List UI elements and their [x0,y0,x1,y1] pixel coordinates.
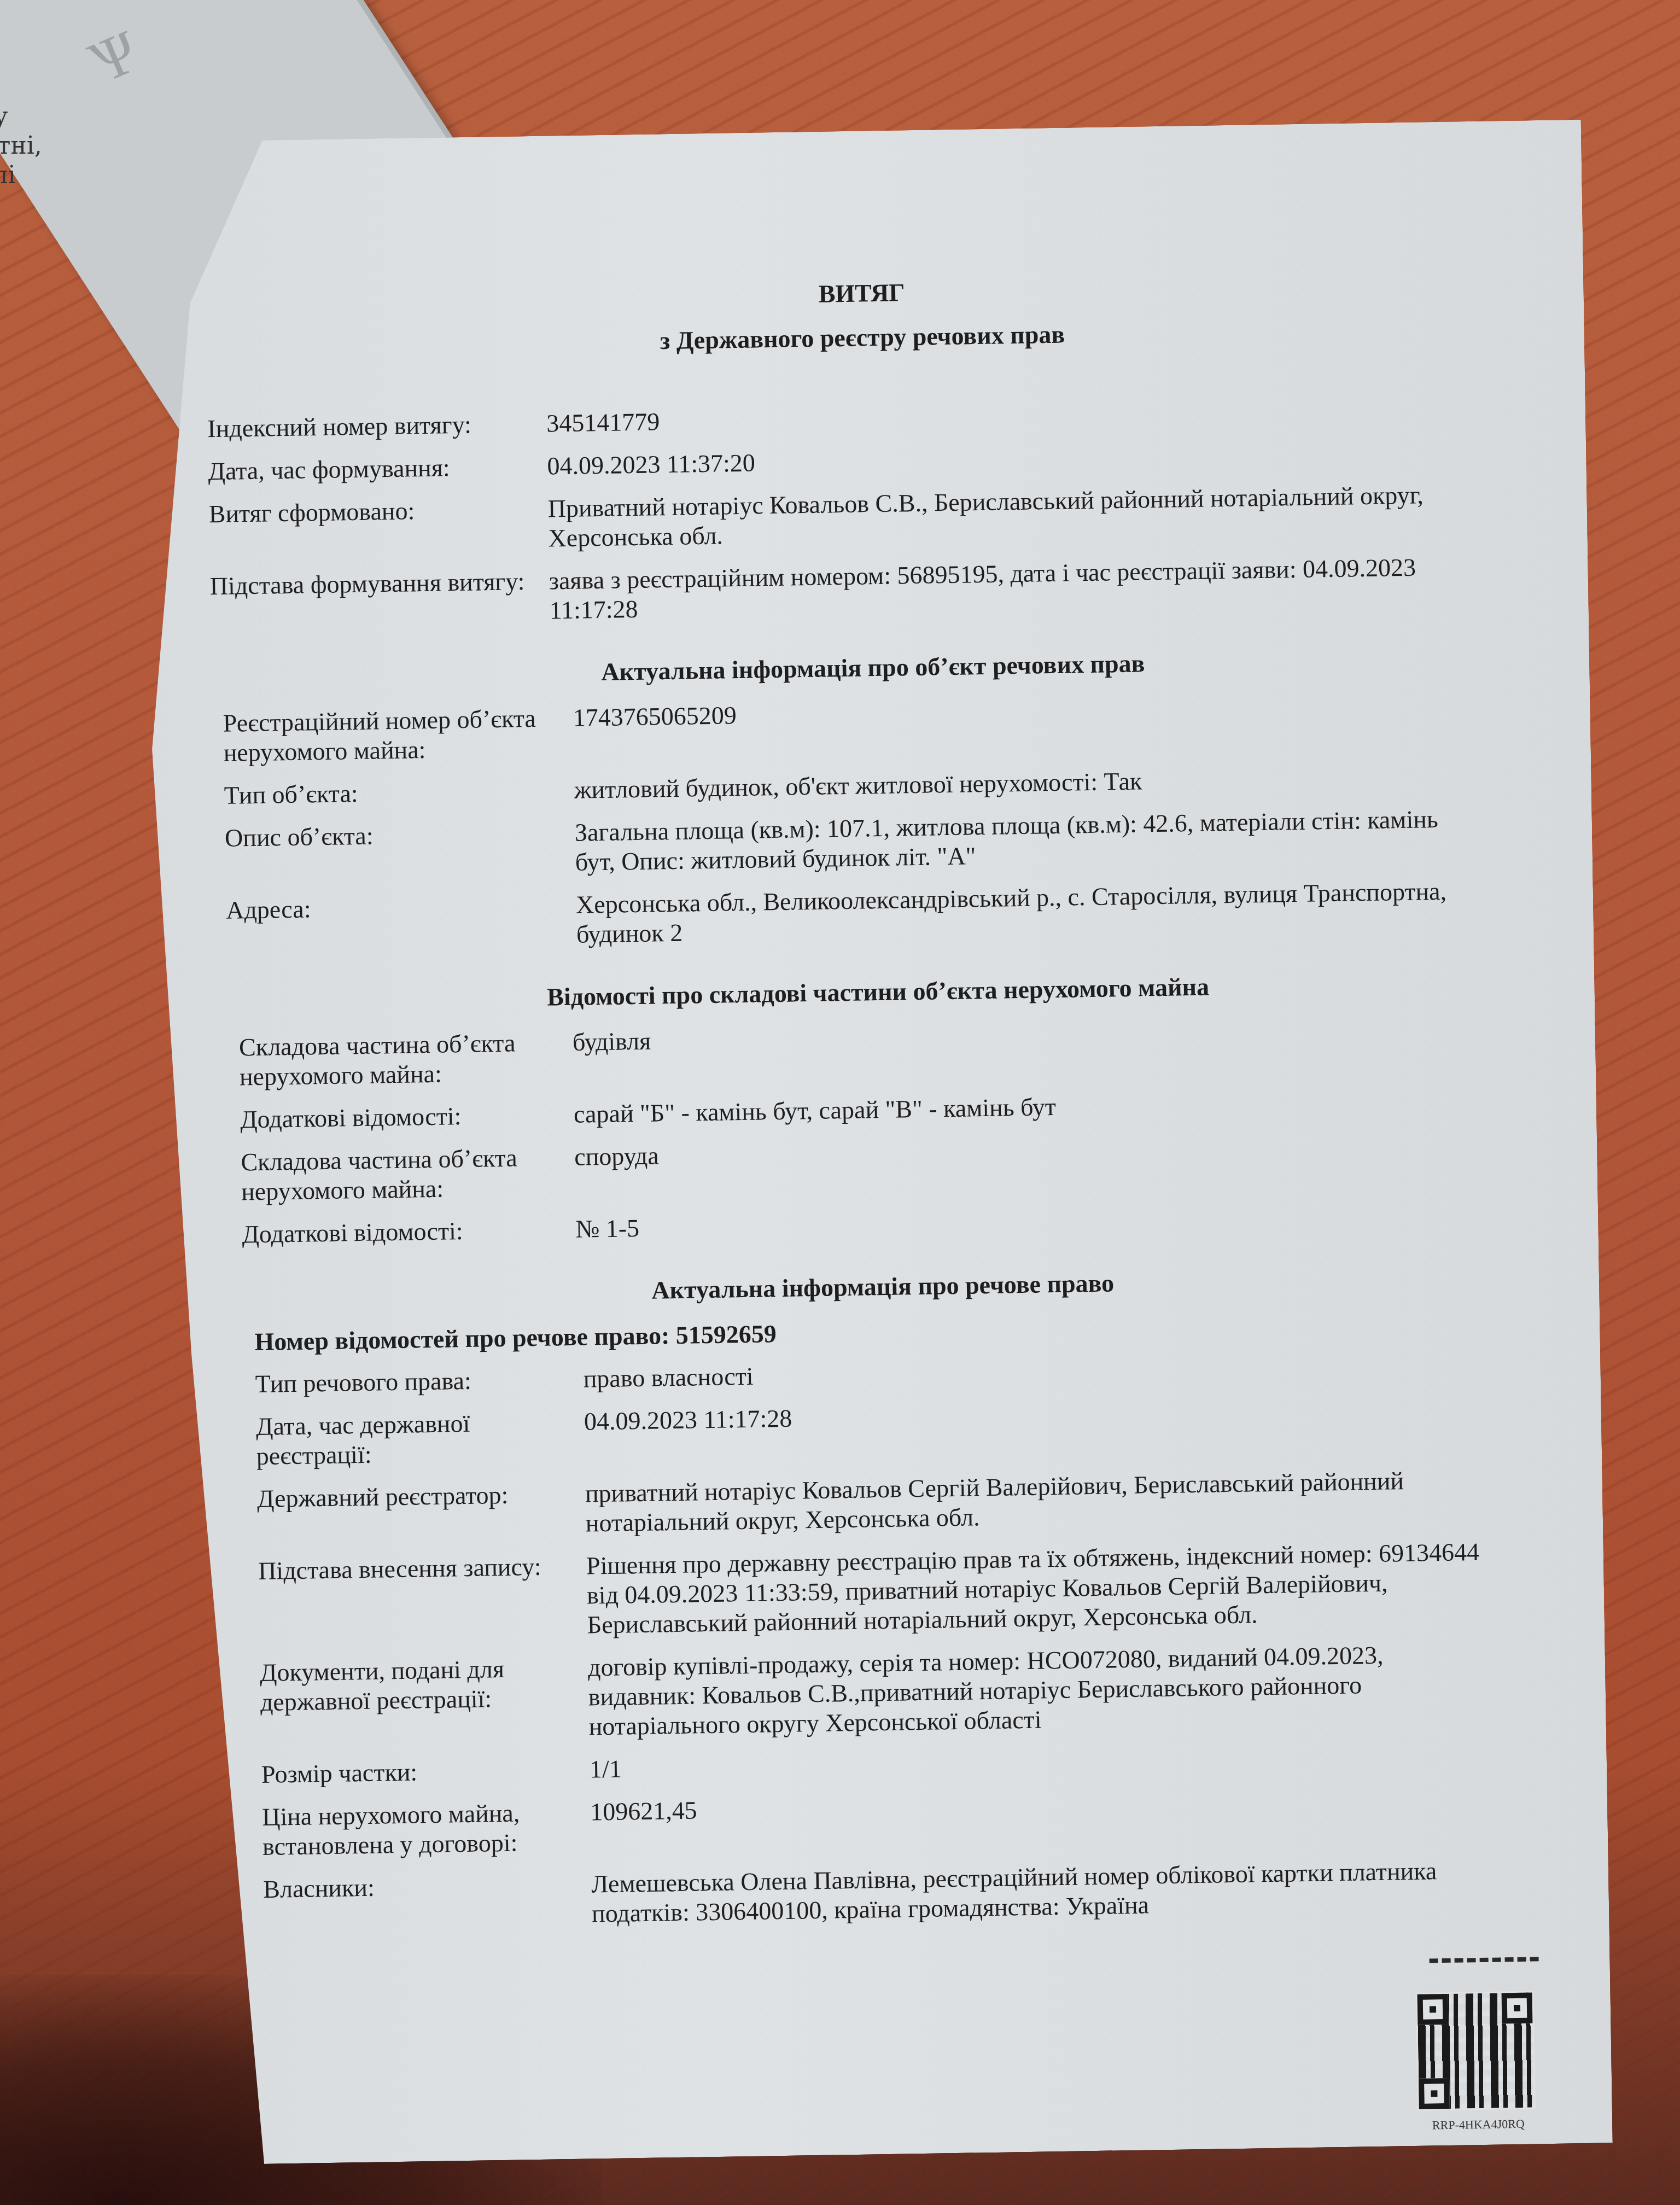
qr-finder-pattern [1417,1994,1449,2025]
field-value: договір купівлі-продажу, серія та номер:… [588,1639,1486,1742]
field-row: Підстава внесення запису: Рішення про де… [258,1537,1484,1645]
field-label: Адреса: [226,890,577,955]
field-row: Додаткові відомості: № 1-5 [242,1200,1478,1249]
background-text-line: ідсутні, [0,131,45,161]
object-section-fields: Реєстраційний номер об’єкта нерухомого м… [223,689,1473,955]
qr-code-icon [1416,1991,1536,2110]
signature-line [1430,1957,1539,1963]
field-label: Реєстраційний номер об’єкта нерухомого м… [223,703,574,768]
field-label: Складова частина об’єкта нерухомого майн… [239,1028,574,1092]
background-text-line: ий [0,190,45,220]
registry-extract-paper: ВИТЯГ з Державного реєстру речових прав … [83,120,1613,2167]
field-row: Власники: Лемешевська Олена Павлівна, ре… [263,1856,1489,1934]
field-label: Індексний номер витягу: [207,409,547,444]
qr-finder-pattern [1502,1993,1533,2024]
field-row: Додаткові відомості: сарай "Б" - камінь … [240,1086,1477,1134]
field-value: 1743765065209 [573,689,1470,762]
parts-section-fields: Складова частина об’єкта нерухомого майн… [239,1013,1478,1249]
object-section-heading: Актуальна інформація про об’єкт речових … [277,644,1469,691]
field-value: 345141779 [546,394,1466,438]
field-row: Дата, час формування: 04.09.2023 11:37:2… [208,437,1466,486]
background-text-line: числі [0,161,45,190]
document-title: ВИТЯГ [260,269,1463,317]
field-label: Документи, подані для державної реєстрац… [260,1653,589,1747]
field-value: 04.09.2023 11:17:28 [584,1393,1481,1466]
trident-emblem-icon: Ѱ [80,16,148,98]
header-fields: Індексний номер витягу: 345141779 Дата, … [207,394,1468,631]
field-label: Підстава внесення запису: [258,1551,587,1645]
field-value: заява з реєстраційним номером: 56895195,… [549,552,1468,625]
field-value: приватний нотаріус Ковальов Сергій Валер… [585,1465,1483,1538]
field-row: Тип речового права: право власності [255,1350,1480,1399]
parts-section-heading: Відомості про складові частини об’єкта н… [282,968,1474,1016]
document-subtitle: з Державного реєстру речових прав [261,313,1465,361]
field-value: споруда [574,1128,1477,1201]
field-row: Опис об’єкта: Загальна площа (кв.м): 107… [225,804,1472,883]
field-label: Власники: [263,1870,592,1934]
field-row: Складова частина об’єкта нерухомого майн… [239,1013,1475,1092]
field-value: 04.09.2023 11:37:20 [547,437,1466,481]
field-value: право власності [583,1350,1480,1394]
field-label: Витяг сформовано: [208,494,549,558]
right-section-fields: Номер відомостей про речове право: 51592… [254,1308,1489,1934]
field-value: 1/1 [590,1741,1487,1784]
field-row: Ціна нерухомого майна, встановлена у дог… [262,1783,1487,1862]
field-value: № 1-5 [575,1200,1478,1244]
field-label: Складова частина об’єкта нерухомого майн… [241,1142,575,1207]
field-label: Додаткові відомості: [240,1100,574,1135]
field-label: Додаткові відомості: [242,1215,576,1250]
field-value: Рішення про державну реєстрацію прав та … [586,1537,1484,1640]
field-label: Дата, час державної реєстрації: [256,1407,585,1471]
field-label: Підстава формування витягу: [209,566,550,631]
qr-finder-pattern [1419,2078,1450,2109]
field-row: Державний реєстратор: приватний нотаріус… [257,1465,1483,1543]
field-row: Дата, час державної реєстрації: 04.09.20… [256,1393,1481,1471]
field-label: Ціна нерухомого майна, встановлена у дог… [262,1798,591,1862]
field-value: 109621,45 [590,1783,1487,1857]
right-record-number: Номер відомостей про речове право: 51592… [254,1308,1480,1356]
field-row: Реєстраційний номер об’єкта нерухомого м… [223,689,1470,768]
document-content: ВИТЯГ з Державного реєстру речових прав … [205,269,1489,1947]
field-label: Дата, час формування: [208,451,547,486]
field-value: сарай "Б" - камінь бут, сарай "В" - камі… [574,1086,1477,1129]
field-row: Індексний номер витягу: 345141779 [207,394,1466,444]
field-label: Тип речового права: [255,1364,584,1399]
field-label: Розмір частки: [261,1755,590,1789]
right-section-heading: Актуальна інформація про речове право [287,1263,1479,1310]
field-row: Тип об’єкта: житловий будинок, об'єкт жи… [224,761,1471,810]
field-row: Адреса: Херсонська обл., Великоолександр… [226,876,1473,955]
field-row: Розмір частки: 1/1 [261,1741,1487,1789]
field-row: Підстава формування витягу: заява з реєс… [209,552,1468,631]
field-row: Документи, подані для державної реєстрац… [260,1639,1486,1747]
document-code: RRP-4HKA4J0RQ [1421,2116,1536,2132]
field-label: Тип об’єкта: [224,775,574,810]
field-value: Загальна площа (кв.м): 107.1, житлова пл… [575,804,1472,877]
field-value: житловий будинок, об'єкт житлової нерухо… [574,761,1471,805]
field-value: Херсонська обл., Великоолександрівський … [576,876,1473,949]
field-label: Опис об’єкта: [225,818,576,883]
field-row: Витяг сформовано: Приватний нотаріус Ков… [208,480,1467,558]
field-value: Лемешевська Олена Павлівна, реєстраційни… [591,1856,1489,1929]
field-value: будівля [573,1013,1475,1087]
field-value: Приватний нотаріус Ковальов С.В., Берисл… [547,480,1467,553]
background-text-line: іб, в тому [0,72,45,131]
field-row: Складова частина об’єкта нерухомого майн… [241,1128,1477,1206]
background-document-text: іб, в тому ідсутні, числі ий [0,72,45,220]
field-label: Державний реєстратор: [257,1479,586,1543]
